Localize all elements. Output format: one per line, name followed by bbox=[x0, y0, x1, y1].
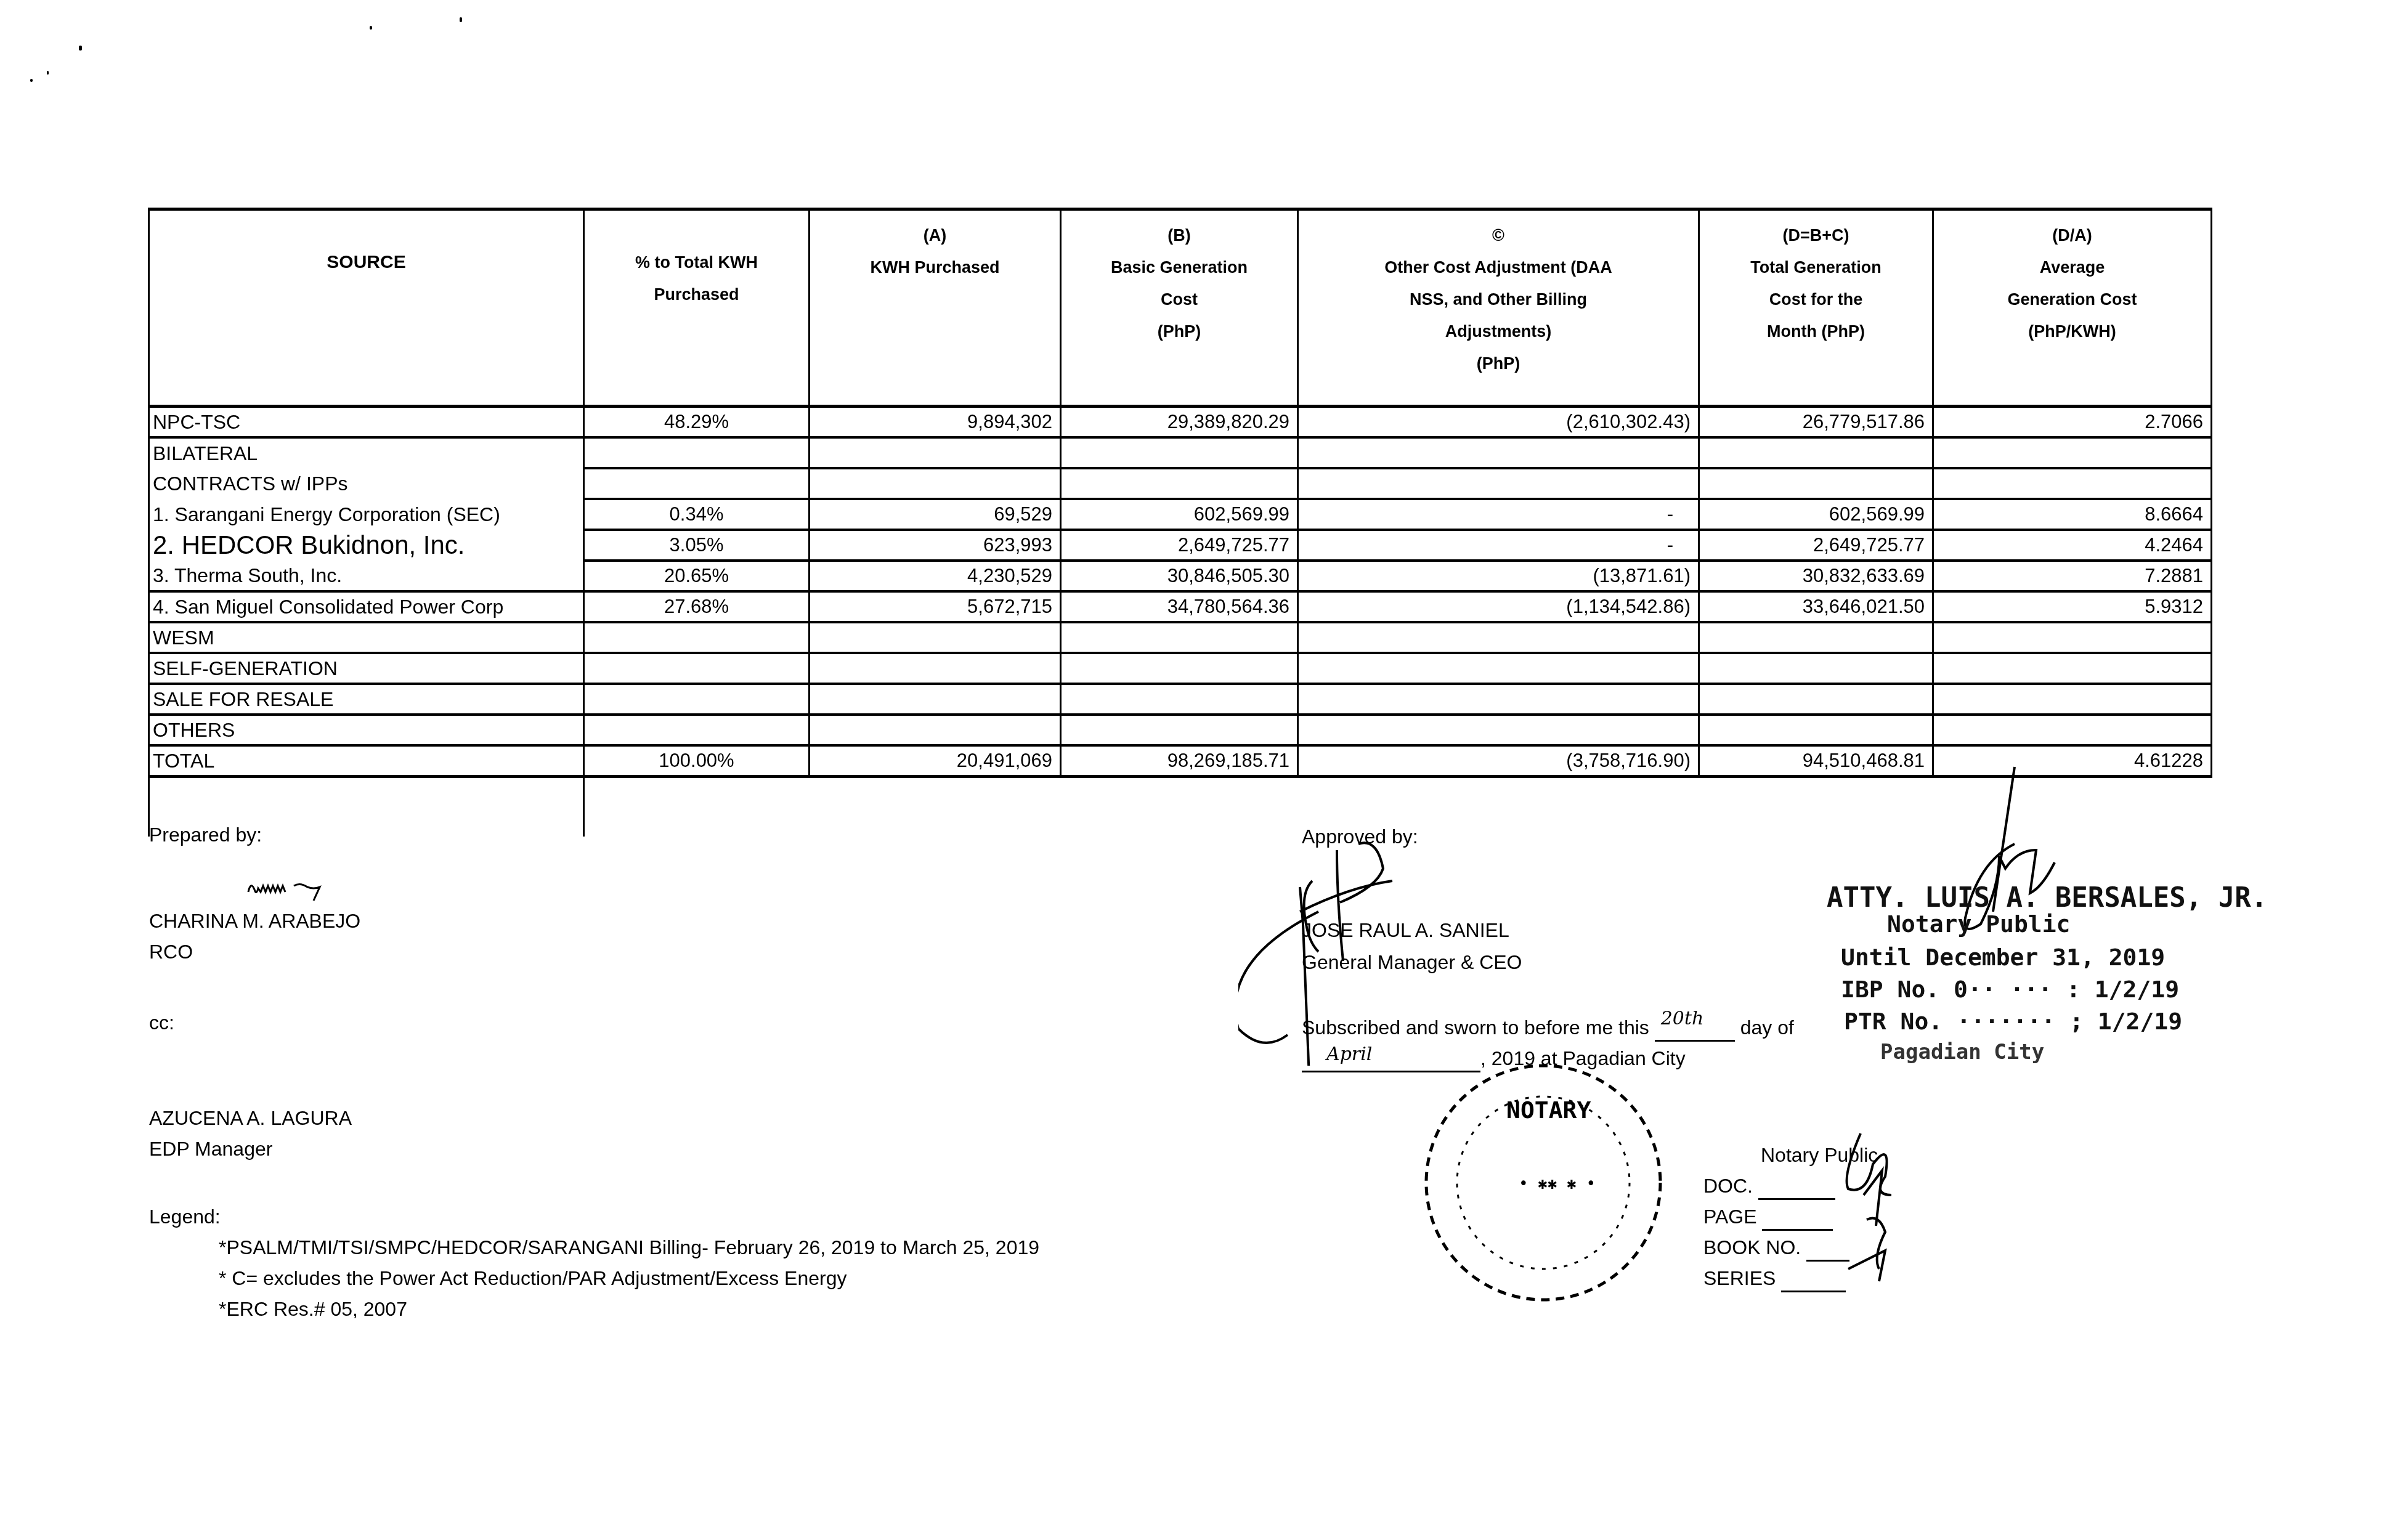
basic-cost-cell: 98,269,185.71 bbox=[1061, 745, 1298, 777]
scan-speck bbox=[460, 17, 462, 22]
pct-cell: 20.65% bbox=[584, 561, 810, 591]
header-line: (D=B+C) bbox=[1700, 219, 1932, 251]
header-pct-total-kwh: % to Total KWHPurchased bbox=[584, 209, 810, 407]
other-adjustment-cell: - bbox=[1298, 530, 1699, 561]
table-row: WESM bbox=[149, 622, 2212, 653]
source-cell: OTHERS bbox=[149, 715, 584, 745]
legend-item: *PSALM/TMI/TSI/SMPC/HEDCOR/SARANGANI Bil… bbox=[219, 1232, 1039, 1263]
cc-title: EDP Manager bbox=[149, 1137, 272, 1161]
kwh-cell: 4,230,529 bbox=[810, 561, 1061, 591]
table-row: NPC-TSC48.29%9,894,30229,389,820.29(2,61… bbox=[149, 407, 2212, 438]
table-row: CONTRACTS w/ IPPs bbox=[149, 468, 2212, 499]
header-basic-generation-cost: (B)Basic GenerationCost(PhP) bbox=[1061, 209, 1298, 407]
jurat-day-field: 20th bbox=[1655, 1015, 1735, 1042]
kwh-cell bbox=[810, 684, 1061, 715]
table-row: 1. Sarangani Energy Corporation (SEC)0.3… bbox=[149, 499, 2212, 530]
kwh-cell bbox=[810, 468, 1061, 499]
pct-cell: 0.34% bbox=[584, 499, 810, 530]
header-line: (PhP/KWH) bbox=[1934, 315, 2210, 347]
header-line: SOURCE bbox=[150, 246, 583, 278]
basic-cost-cell bbox=[1061, 622, 1298, 653]
total-cost-cell bbox=[1699, 653, 1933, 684]
table-row: SELF-GENERATION bbox=[149, 653, 2212, 684]
header-line: Basic Generation bbox=[1062, 251, 1297, 283]
svg-text:• ✱✱ ✱ •: • ✱✱ ✱ • bbox=[1519, 1175, 1596, 1193]
avg-cost-cell bbox=[1933, 468, 2212, 499]
other-adjustment-cell: (1,134,542.86) bbox=[1298, 591, 1699, 622]
other-adjustment-cell: (2,610,302.43) bbox=[1298, 407, 1699, 438]
header-line: Other Cost Adjustment (DAA bbox=[1299, 251, 1698, 283]
prepared-signature-icon bbox=[243, 873, 330, 904]
avg-cost-cell: 7.2881 bbox=[1933, 561, 2212, 591]
total-cost-cell bbox=[1699, 715, 1933, 745]
pct-cell bbox=[584, 437, 810, 468]
avg-cost-cell: 5.9312 bbox=[1933, 591, 2212, 622]
total-cost-cell: 2,649,725.77 bbox=[1699, 530, 1933, 561]
book-field: BOOK NO. bbox=[1703, 1235, 1849, 1262]
source-cell: CONTRACTS w/ IPPs bbox=[149, 468, 584, 499]
total-cost-cell: 602,569.99 bbox=[1699, 499, 1933, 530]
notary-stamp-until: Until December 31, 2019 bbox=[1841, 944, 2165, 971]
header-line: (D/A) bbox=[1934, 219, 2210, 251]
kwh-cell bbox=[810, 437, 1061, 468]
source-cell: 4. San Miguel Consolidated Power Corp bbox=[149, 591, 584, 622]
basic-cost-cell: 29,389,820.29 bbox=[1061, 407, 1298, 438]
avg-cost-cell bbox=[1933, 622, 2212, 653]
header-total-generation-cost: (D=B+C)Total GenerationCost for theMonth… bbox=[1699, 209, 1933, 407]
table-row: 4. San Miguel Consolidated Power Corp27.… bbox=[149, 591, 2212, 622]
total-cost-cell bbox=[1699, 468, 1933, 499]
pct-cell bbox=[584, 715, 810, 745]
prepared-by-label: Prepared by: bbox=[149, 822, 262, 847]
other-adjustment-cell bbox=[1298, 653, 1699, 684]
basic-cost-cell: 602,569.99 bbox=[1061, 499, 1298, 530]
source-cell: 3. Therma South, Inc. bbox=[149, 561, 584, 591]
header-line: Purchased bbox=[585, 278, 808, 310]
doc-value-line bbox=[1758, 1173, 1835, 1200]
kwh-cell: 69,529 bbox=[810, 499, 1061, 530]
avg-cost-cell bbox=[1933, 684, 2212, 715]
other-adjustment-cell bbox=[1298, 622, 1699, 653]
avg-cost-cell: 4.2464 bbox=[1933, 530, 2212, 561]
doc-field: DOC. bbox=[1703, 1173, 1835, 1200]
header-line: Month (PhP) bbox=[1700, 315, 1932, 347]
table-row: SALE FOR RESALE bbox=[149, 684, 2212, 715]
table-footer-spacer bbox=[149, 777, 2212, 837]
basic-cost-cell bbox=[1061, 437, 1298, 468]
legend-item: * C= excludes the Power Act Reduction/PA… bbox=[219, 1263, 1039, 1294]
pct-cell bbox=[584, 622, 810, 653]
source-cell: 2. HEDCOR Bukidnon, Inc. bbox=[149, 530, 584, 561]
pct-cell: 3.05% bbox=[584, 530, 810, 561]
notary-seal-icon: NOTARY • ✱✱ ✱ • bbox=[1414, 1041, 1673, 1331]
table-body: NPC-TSC48.29%9,894,30229,389,820.29(2,61… bbox=[149, 407, 2212, 777]
jurat-text: day of bbox=[1740, 1016, 1794, 1039]
legend-list: *PSALM/TMI/TSI/SMPC/HEDCOR/SARANGANI Bil… bbox=[219, 1232, 1039, 1324]
jurat-day-handwritten: 20th bbox=[1661, 1007, 1704, 1031]
scan-speck bbox=[47, 71, 49, 75]
pct-cell: 27.68% bbox=[584, 591, 810, 622]
page-label: PAGE bbox=[1703, 1206, 1757, 1228]
header-line: (PhP) bbox=[1299, 347, 1698, 379]
cc-label: cc: bbox=[149, 1010, 174, 1035]
total-cost-cell bbox=[1699, 684, 1933, 715]
basic-cost-cell bbox=[1061, 468, 1298, 499]
kwh-cell: 20,491,069 bbox=[810, 745, 1061, 777]
other-adjustment-cell: (13,871.61) bbox=[1298, 561, 1699, 591]
source-cell: SELF-GENERATION bbox=[149, 653, 584, 684]
jurat-month-handwritten: April bbox=[1326, 1042, 1372, 1067]
other-adjustment-cell bbox=[1298, 715, 1699, 745]
header-other-cost-adjustment: ©Other Cost Adjustment (DAANSS, and Othe… bbox=[1298, 209, 1699, 407]
kwh-cell: 9,894,302 bbox=[810, 407, 1061, 438]
doc-label: DOC. bbox=[1703, 1175, 1753, 1197]
avg-cost-cell: 8.6664 bbox=[1933, 499, 2212, 530]
header-line: © bbox=[1299, 219, 1698, 251]
header-line: Total Generation bbox=[1700, 251, 1932, 283]
header-line: (B) bbox=[1062, 219, 1297, 251]
page-field: PAGE bbox=[1703, 1204, 1833, 1231]
kwh-cell bbox=[810, 653, 1061, 684]
header-line: % to Total KWH bbox=[585, 246, 808, 278]
notary-stamp-name: ATTY. LUIS A. BERSALES, JR. bbox=[1827, 882, 2267, 914]
jurat-line-1: Subscribed and sworn to before me this 2… bbox=[1302, 1015, 1794, 1042]
pct-cell: 48.29% bbox=[584, 407, 810, 438]
pct-cell bbox=[584, 684, 810, 715]
avg-cost-cell bbox=[1933, 437, 2212, 468]
notary-initials-signature-icon bbox=[1836, 1127, 1910, 1287]
total-cost-cell bbox=[1699, 437, 1933, 468]
page-value-line bbox=[1762, 1204, 1833, 1231]
pct-cell bbox=[584, 468, 810, 499]
header-line: Cost bbox=[1062, 283, 1297, 315]
book-label: BOOK NO. bbox=[1703, 1236, 1801, 1258]
prepared-by-name: CHARINA M. ARABEJO bbox=[149, 909, 360, 933]
header-line: (A) bbox=[810, 219, 1060, 251]
legend-label: Legend: bbox=[149, 1204, 221, 1229]
other-adjustment-cell: (3,758,716.90) bbox=[1298, 745, 1699, 777]
table-row: 2. HEDCOR Bukidnon, Inc.3.05%623,9932,64… bbox=[149, 530, 2212, 561]
notary-stamp-ptr: PTR No. ······· ; 1/2/19 bbox=[1844, 1008, 2182, 1035]
series-field: SERIES bbox=[1703, 1266, 1846, 1292]
source-cell: SALE FOR RESALE bbox=[149, 684, 584, 715]
kwh-cell bbox=[810, 622, 1061, 653]
total-cost-cell: 26,779,517.86 bbox=[1699, 407, 1933, 438]
table-row: 3. Therma South, Inc.20.65%4,230,52930,8… bbox=[149, 561, 2212, 591]
scan-speck bbox=[79, 46, 82, 51]
other-adjustment-cell: - bbox=[1298, 499, 1699, 530]
total-cost-cell: 94,510,468.81 bbox=[1699, 745, 1933, 777]
total-cost-cell: 33,646,021.50 bbox=[1699, 591, 1933, 622]
generation-cost-table: SOURCE% to Total KWHPurchased(A)KWH Purc… bbox=[148, 208, 2210, 837]
scan-speck bbox=[30, 79, 33, 82]
kwh-cell bbox=[810, 715, 1061, 745]
header-line: NSS, and Other Billing bbox=[1299, 283, 1698, 315]
header-line: (PhP) bbox=[1062, 315, 1297, 347]
header-source: SOURCE bbox=[149, 209, 584, 407]
avg-cost-cell bbox=[1933, 715, 2212, 745]
other-adjustment-cell bbox=[1298, 684, 1699, 715]
header-line: Average bbox=[1934, 251, 2210, 283]
basic-cost-cell bbox=[1061, 653, 1298, 684]
header-line: Adjustments) bbox=[1299, 315, 1698, 347]
pct-cell: 100.00% bbox=[584, 745, 810, 777]
source-cell: BILATERAL bbox=[149, 437, 584, 468]
pct-cell bbox=[584, 653, 810, 684]
header-line: Generation Cost bbox=[1934, 283, 2210, 315]
scan-speck bbox=[370, 26, 372, 30]
prepared-by-title: RCO bbox=[149, 939, 193, 964]
notary-stamp-role: Notary Public bbox=[1887, 910, 2070, 938]
avg-cost-cell bbox=[1933, 653, 2212, 684]
cc-name: AZUCENA A. LAGURA bbox=[149, 1106, 352, 1130]
header-kwh-purchased: (A)KWH Purchased bbox=[810, 209, 1061, 407]
total-cost-cell: 30,832,633.69 bbox=[1699, 561, 1933, 591]
other-adjustment-cell bbox=[1298, 468, 1699, 499]
table-row: TOTAL100.00%20,491,06998,269,185.71(3,75… bbox=[149, 745, 2212, 777]
other-adjustment-cell bbox=[1298, 437, 1699, 468]
source-cell: NPC-TSC bbox=[149, 407, 584, 438]
kwh-cell: 623,993 bbox=[810, 530, 1061, 561]
basic-cost-cell bbox=[1061, 715, 1298, 745]
notary-stamp-city: Pagadian City bbox=[1880, 1040, 2044, 1064]
header-line: KWH Purchased bbox=[810, 251, 1060, 283]
table-row: OTHERS bbox=[149, 715, 2212, 745]
series-label: SERIES bbox=[1703, 1267, 1776, 1289]
kwh-cell: 5,672,715 bbox=[810, 591, 1061, 622]
basic-cost-cell bbox=[1061, 684, 1298, 715]
table-header-row: SOURCE% to Total KWHPurchased(A)KWH Purc… bbox=[149, 209, 2212, 407]
jurat-text: Subscribed and sworn to before me this bbox=[1302, 1016, 1649, 1039]
basic-cost-cell: 34,780,564.36 bbox=[1061, 591, 1298, 622]
table-row: BILATERAL bbox=[149, 437, 2212, 468]
basic-cost-cell: 30,846,505.30 bbox=[1061, 561, 1298, 591]
source-cell: TOTAL bbox=[149, 745, 584, 777]
basic-cost-cell: 2,649,725.77 bbox=[1061, 530, 1298, 561]
source-cell: WESM bbox=[149, 622, 584, 653]
legend-item: *ERC Res.# 05, 2007 bbox=[219, 1294, 1039, 1324]
total-cost-cell bbox=[1699, 622, 1933, 653]
notary-stamp-ibp: IBP No. 0·· ··· : 1/2/19 bbox=[1841, 976, 2179, 1003]
svg-text:NOTARY: NOTARY bbox=[1506, 1096, 1591, 1124]
avg-cost-cell: 2.7066 bbox=[1933, 407, 2212, 438]
header-average-generation-cost: (D/A)AverageGeneration Cost(PhP/KWH) bbox=[1933, 209, 2212, 407]
source-cell: 1. Sarangani Energy Corporation (SEC) bbox=[149, 499, 584, 530]
header-line: Cost for the bbox=[1700, 283, 1932, 315]
